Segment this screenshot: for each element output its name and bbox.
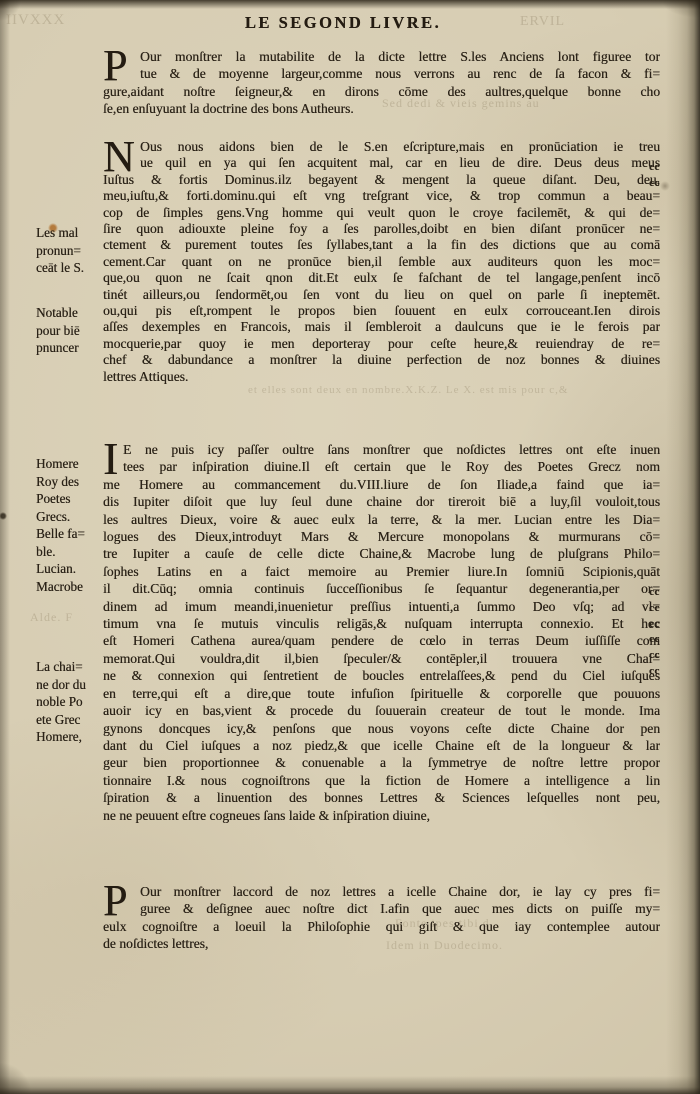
text-line: les aultres Dieux, voire & auec eulx la … bbox=[103, 511, 660, 528]
text-line: pnuncer bbox=[36, 339, 100, 357]
text-line: me Homere au commancement du.VIII.liure … bbox=[103, 476, 660, 493]
text-line: E ne puis icy paſſer oultre ſans monſtre… bbox=[103, 441, 660, 458]
text-line: ne dor du bbox=[36, 676, 100, 694]
paragraph-2-lines: Ous nous aidons bien de le S.en eſcriptu… bbox=[103, 139, 660, 385]
text-line: Grecs. bbox=[36, 508, 100, 526]
text-line: cc bbox=[649, 648, 669, 664]
text-line: logues des Dieux,introduyt Mars & Mercur… bbox=[103, 528, 660, 545]
paragraph-4: P Our monſtrer laccord de noz lettres a … bbox=[103, 883, 660, 952]
text-line: geur bien proportionnee & conuenable a l… bbox=[103, 754, 660, 771]
text-line: guree & deſignee auec noſtre dict I.afin… bbox=[103, 900, 660, 917]
text-line: Poetes bbox=[36, 490, 100, 508]
text-line: ue quil en ya qui ſen acquitent mal, car… bbox=[103, 155, 660, 171]
text-line: Our monſtrer la mutabilite de la dicte l… bbox=[103, 48, 660, 65]
text-line: dant du Ciel iuſques a noz piedz,& que i… bbox=[103, 737, 660, 754]
text-line: auoir icy en bas,vient & procede du ſouu… bbox=[103, 702, 660, 719]
paragraph-3-lines: E ne puis icy paſſer oultre ſans monſtre… bbox=[103, 441, 660, 824]
text-line: cop de ſimples gens.Vng homme qui veult … bbox=[103, 205, 660, 221]
paragraph-1: P Our monſtrer la mutabilite de la dicte… bbox=[103, 48, 660, 117]
text-line: ne ne peuuent eſtre cogneues ſans laide … bbox=[103, 807, 660, 824]
text-line: dinem ad imum meandi,inuenietur preſſius… bbox=[103, 598, 660, 615]
text-line: tue & de moyenne largeur,comme nous verr… bbox=[103, 65, 660, 82]
text-line: ne & connexion qui ſentretient de boucle… bbox=[103, 667, 660, 684]
text-line: cc bbox=[649, 160, 669, 176]
text-line: tees par inſpiration diuine.Il eſt certa… bbox=[103, 458, 660, 475]
text-line: mocquerie,par quoy ie men deporteray pou… bbox=[103, 336, 660, 352]
text-line: gure,aidant noſtre ſeigneur,& en dirons … bbox=[103, 83, 660, 100]
text-line: de noſdictes lettres, bbox=[103, 935, 660, 952]
text-line: ceāt le S. bbox=[36, 259, 100, 277]
text-line: tinét ailleurs,ou ſendormēt,ou ſen vont … bbox=[103, 287, 660, 303]
text-line: cc bbox=[649, 585, 669, 601]
text-line: cement.Car quant on ne pronūce bien,il ſ… bbox=[103, 254, 660, 270]
text-line: ſe,en enſuyuant la doctrine des bons Aut… bbox=[103, 100, 660, 117]
text-line: eulx cognoiſtre a loeuil la Philoſophie … bbox=[103, 918, 660, 935]
text-line: memorat.Qui vouldra,dit il,bien ſpeculer… bbox=[103, 650, 660, 667]
margin-note-mal-pronuncant: Les malpronun=ceāt le S. bbox=[36, 224, 100, 277]
text-line: dis Iupiter diſoit que luy ſeul dune cha… bbox=[103, 493, 660, 510]
text-line: Our monſtrer laccord de noz lettres a ic… bbox=[103, 883, 660, 900]
text-line: gynons doncques icy,& penſons que nous v… bbox=[103, 720, 660, 737]
show-through-text: IIVXXX bbox=[6, 12, 65, 29]
text-line: pronun= bbox=[36, 242, 100, 260]
paragraph-2: N Ous nous aidons bien de le S.en eſcrip… bbox=[103, 139, 660, 385]
text-line: ou,qui pis eſt,rompent le propos bien ſo… bbox=[103, 303, 660, 319]
text-line: cc bbox=[649, 617, 669, 633]
text-line: meu,iuſtu,& forti.dominu.qui eſt vng tre… bbox=[103, 188, 660, 204]
text-line: Belle fa= bbox=[36, 525, 100, 543]
text-line: Les mal bbox=[36, 224, 100, 242]
paragraph-4-lines: Our monſtrer laccord de noz lettres a ic… bbox=[103, 883, 660, 952]
quotation-marks-deus: cccc bbox=[649, 160, 669, 192]
text-line: il dit.Cūq; omnia continuis ſucceſſionib… bbox=[103, 580, 660, 597]
text-line: Notable bbox=[36, 304, 100, 322]
text-line: cc bbox=[649, 601, 669, 617]
text-line: Macrobe bbox=[36, 578, 100, 596]
text-line: tionnaire I.& nous cognoiſtrons que la f… bbox=[103, 772, 660, 789]
text-line: ſpiration & a linuention des bonnes Lett… bbox=[103, 789, 660, 806]
text-line: pour biē bbox=[36, 322, 100, 340]
dropcap-initial-p4: P bbox=[103, 881, 127, 921]
page-heading: LE SEGOND LIVRE. bbox=[103, 13, 583, 33]
dropcap-initial-p3: I bbox=[103, 439, 118, 479]
dropcap-initial-p2: N bbox=[103, 137, 135, 177]
text-line: aſſes dexemples en Francois, mais il ſem… bbox=[103, 319, 660, 335]
text-line: ſire quon adiouxte pleine foy a ſes paro… bbox=[103, 221, 660, 237]
margin-note-notable: Notablepour biēpnuncer bbox=[36, 304, 100, 357]
text-line: en terre,qui eſt a dire,que toute infuſi… bbox=[103, 685, 660, 702]
text-line: chef & dabundance a monſtrer la diuine p… bbox=[103, 352, 660, 368]
margin-note-chaine-dor: La chai=ne dor dunoble Poete GrecHomere, bbox=[36, 658, 100, 746]
text-line: La chai= bbox=[36, 658, 100, 676]
text-line: tre Iupiter a cauſe de celle dicte Chain… bbox=[103, 545, 660, 562]
quotation-marks-latin: cccccccccccc bbox=[649, 585, 669, 680]
text-line: eſt Homeri Cathena aurea/quam pendere de… bbox=[103, 632, 660, 649]
text-line: Ous nous aidons bien de le S.en eſcriptu… bbox=[103, 139, 660, 155]
text-line: ctement & purement toutes ſes ſyllabes,t… bbox=[103, 237, 660, 253]
text-line: ſophes Latins en a faict memoire au Prem… bbox=[103, 563, 660, 580]
text-line: noble Po bbox=[36, 693, 100, 711]
text-line: ble. bbox=[36, 543, 100, 561]
text-line: Roy des bbox=[36, 473, 100, 491]
text-line: Lucian. bbox=[36, 560, 100, 578]
show-through-text: et elles sont deux en nombre.X.K.Z. Le X… bbox=[248, 384, 568, 396]
text-line: Homere, bbox=[36, 728, 100, 746]
show-through-text: Alde. F bbox=[30, 610, 73, 625]
text-line: Homere bbox=[36, 455, 100, 473]
text-line: cc bbox=[649, 176, 669, 192]
text-line: timum vna ſe mutuis vinculis religās,& n… bbox=[103, 615, 660, 632]
text-line: cc bbox=[649, 664, 669, 680]
text-line: que,ou quon ne ſcait qnon dit.Et eulx ſe… bbox=[103, 270, 660, 286]
paragraph-1-lines: Our monſtrer la mutabilite de la dicte l… bbox=[103, 48, 660, 117]
margin-note-homere: HomereRoy desPoetesGrecs.Belle fa=ble.Lu… bbox=[36, 455, 100, 595]
book-page: IIVXXXERVILSed dedi & vieis gemins auet … bbox=[0, 0, 700, 1094]
paragraph-3: I E ne puis icy paſſer oultre ſans monſt… bbox=[103, 441, 660, 824]
text-line: Iuſtus & fortis Dominus.ilz begayent & m… bbox=[103, 172, 660, 188]
text-line: cc bbox=[649, 632, 669, 648]
text-line: ete Grec bbox=[36, 711, 100, 729]
text-line: lettres Attiques. bbox=[103, 369, 660, 385]
dropcap-initial-p1: P bbox=[103, 46, 127, 86]
